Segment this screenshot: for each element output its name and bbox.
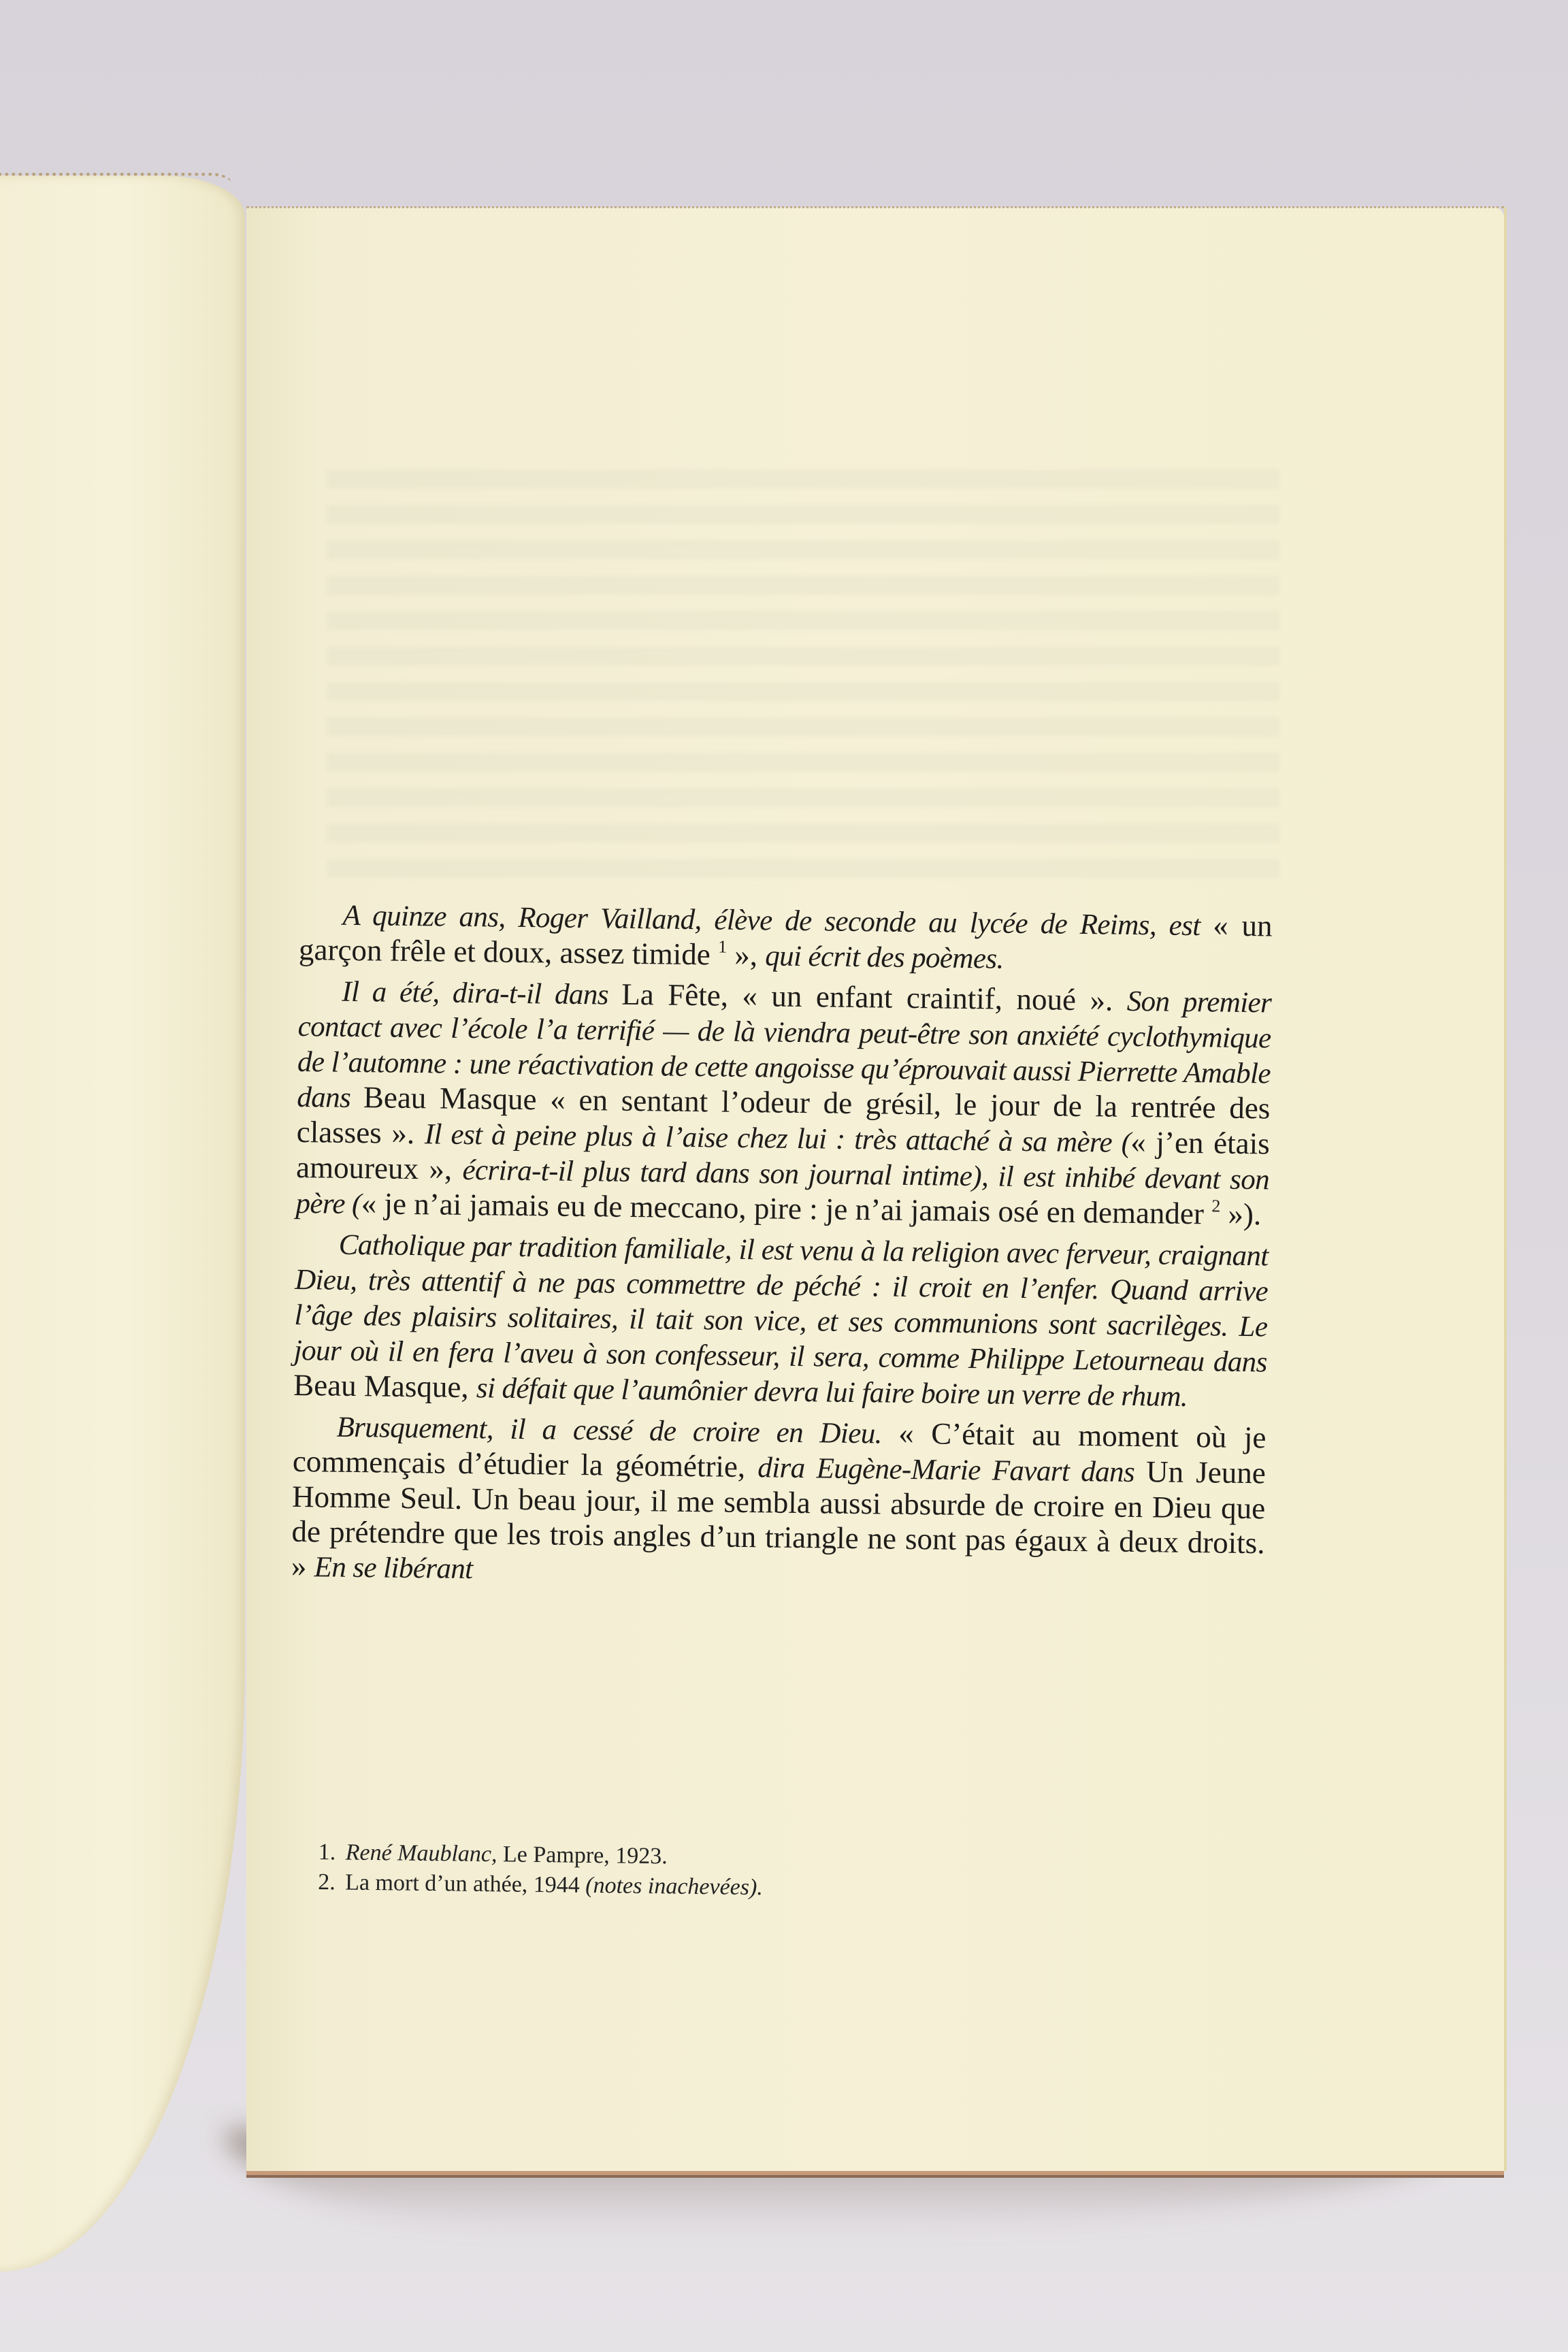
text-run: En se libérant [314,1551,472,1585]
footnote-text: La mort d’un athée, 1944 (notes inachevé… [345,1869,763,1899]
paragraph-1: A quinze ans, Roger Vailland, élève de s… [299,897,1273,979]
left-page-curled [0,176,245,2272]
text-run: Il est à peine plus à l’aise chez lui : … [425,1118,1131,1159]
text-run: Il a été, dira-t-il dans [342,976,622,1011]
paragraph-2: Il a été, dira-t-il dans La Fête, « un e… [295,973,1271,1232]
footnote-number: 2. [318,1867,346,1897]
text-run: si défait que l’aumônier devra lui faire… [476,1372,1188,1413]
footnote-ref: 2 [1211,1196,1220,1215]
text-run: Brusquement, il a cessé de croire en Die… [336,1411,898,1450]
footnote-ref: 1 [718,937,727,957]
text-run: René Maublanc, [346,1840,504,1867]
text-run: Catholique par tradition familiale, il e… [294,1229,1269,1379]
text-run: qui écrit des poèmes. [765,940,1004,975]
text-run: La Fête, « un enfant craintif, noué ». [621,977,1127,1017]
footnote-number: 1. [318,1837,346,1867]
text-run: », [727,938,766,973]
text-run: Le Pampre, 1923. [503,1842,668,1869]
text-run: »). [1220,1197,1262,1232]
paragraph-3: Catholique par tradition familiale, il e… [293,1226,1269,1415]
text-run: Beau Masque, [293,1368,476,1404]
text-run: dira Eugène-Marie Favart dans [757,1452,1146,1488]
footnotes: 1.René Maublanc, Le Pampre, 1923. 2.La m… [318,1837,1135,1908]
show-through-text [327,470,1279,878]
text-run: La mort d’un athée, 1944 [345,1869,586,1897]
footnote-text: René Maublanc, Le Pampre, 1923. [346,1840,668,1869]
body-text: A quinze ans, Roger Vailland, élève de s… [291,897,1273,1601]
paragraph-4: Brusquement, il a cessé de croire en Die… [291,1409,1267,1596]
text-run: (notes inachevées). [585,1873,763,1900]
